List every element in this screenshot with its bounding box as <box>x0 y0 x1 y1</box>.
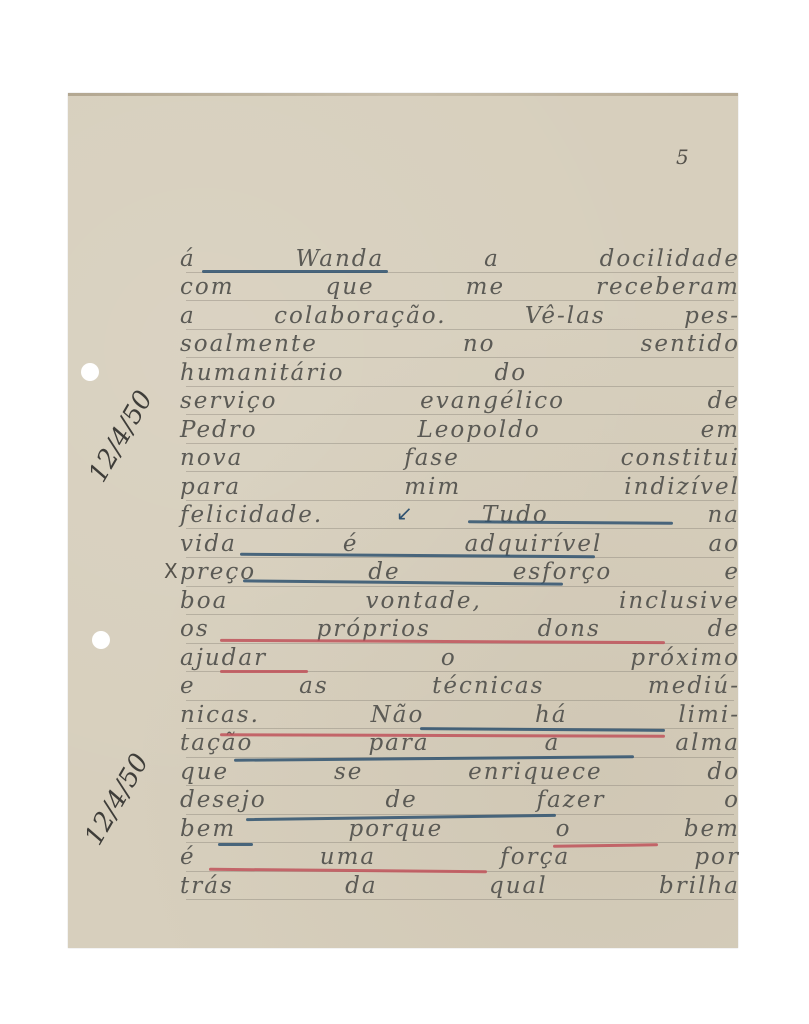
text-line-4: soalmente no sentido <box>180 329 740 357</box>
margin-date-1: 12/4/50 <box>83 386 159 488</box>
word: Tudo <box>482 502 549 528</box>
text-line-9: para mim indizível <box>180 472 740 500</box>
word: da <box>345 873 377 899</box>
margin-date-2: 12/4/50 <box>79 749 155 851</box>
word: alma <box>675 730 740 756</box>
word: de <box>708 616 740 642</box>
text-line-18: tação para a alma <box>180 728 740 756</box>
word: mim <box>404 474 461 500</box>
word: o <box>724 787 740 813</box>
word: no <box>463 331 496 357</box>
word: brilha <box>659 873 740 899</box>
page-edge <box>68 93 738 96</box>
word: os <box>180 616 210 642</box>
word: indizível <box>624 474 740 500</box>
word: as <box>299 673 329 699</box>
word: o <box>441 645 457 671</box>
word: adquirível <box>465 531 603 557</box>
word: em <box>701 417 740 443</box>
word: por <box>694 844 740 870</box>
word: Vê-las <box>525 303 606 329</box>
word: se <box>334 759 363 785</box>
word: e <box>180 673 196 699</box>
word: felicidade. <box>180 502 323 528</box>
blue-underline-wanda <box>202 270 388 273</box>
word: docilidade <box>600 246 740 272</box>
word: ao <box>708 531 740 557</box>
word: Wanda <box>296 246 385 272</box>
word: trás <box>180 873 234 899</box>
word: dons <box>538 616 601 642</box>
word: uma <box>320 844 376 870</box>
word: limi- <box>678 702 740 728</box>
text-line-15: ajudar o próximo <box>180 643 740 671</box>
word: próximo <box>630 645 740 671</box>
word: enriquece <box>468 759 602 785</box>
word: fase <box>404 445 460 471</box>
punch-hole-top <box>81 363 99 381</box>
word: nicas. <box>180 702 260 728</box>
blue-arrow-mark-icon: ↙ <box>396 501 413 525</box>
word: é <box>180 844 196 870</box>
punch-hole-bottom <box>92 631 110 649</box>
text-line-3: a colaboração. Vê-las pes- <box>180 301 740 329</box>
blue-underline-bem-short <box>218 843 253 846</box>
text-line-7: Pedro Leopoldo em <box>180 415 740 443</box>
word: e <box>724 559 740 585</box>
word: qual <box>489 873 548 899</box>
text-line-16: e as técnicas mediú- <box>180 671 740 699</box>
word: constitui <box>621 445 740 471</box>
word: vontade, <box>366 588 482 614</box>
word: que <box>326 274 375 300</box>
word: colaboração. <box>274 303 446 329</box>
word: há <box>535 702 568 728</box>
word: que <box>180 759 229 785</box>
word: me <box>466 274 505 300</box>
word: o <box>556 816 572 842</box>
margin-x-mark: X <box>164 559 178 583</box>
word: Leopoldo <box>417 417 540 443</box>
text-line-17: nicas. Não há limi- <box>180 700 740 728</box>
page-number: 5 <box>676 145 689 169</box>
word: vida <box>180 531 237 557</box>
word: evangélico <box>420 388 565 414</box>
word: ajudar <box>180 645 267 671</box>
word: soalmente <box>180 331 318 357</box>
word: de <box>385 787 417 813</box>
word: de <box>708 388 740 414</box>
word: na <box>707 502 740 528</box>
word: força <box>500 844 570 870</box>
text-line-5: humanitário do <box>180 358 740 386</box>
ruled-line <box>186 899 734 900</box>
word: á <box>180 246 196 272</box>
word: desejo <box>180 787 267 813</box>
word: a <box>484 246 500 272</box>
text-line-13: boa vontade, inclusive <box>180 586 740 614</box>
word: para <box>180 474 241 500</box>
word: porque <box>349 816 444 842</box>
text-line-14: os próprios dons de <box>180 614 740 642</box>
word: fazer <box>536 787 605 813</box>
word: com <box>180 274 235 300</box>
word: serviço <box>180 388 278 414</box>
text-line-6: serviço evangélico de <box>180 386 740 414</box>
word: Pedro <box>180 417 258 443</box>
word: receberam <box>596 274 740 300</box>
text-line-8: nova fase constitui <box>180 443 740 471</box>
word: Não <box>371 702 425 728</box>
word: inclusive <box>619 588 740 614</box>
word: boa <box>180 588 228 614</box>
word: pes- <box>684 303 740 329</box>
word: bem <box>180 816 236 842</box>
word: bem <box>684 816 740 842</box>
word: próprios <box>316 616 430 642</box>
red-underline-ajudar <box>220 670 308 673</box>
text-line-23: trás da qual brilha <box>180 871 740 899</box>
word: esforço <box>513 559 613 585</box>
word: sentido <box>641 331 740 357</box>
text-line-2: com que me receberam <box>180 272 740 300</box>
word: do <box>707 759 740 785</box>
word: técnicas <box>432 673 544 699</box>
word: nova <box>180 445 243 471</box>
text-line-1: á Wanda a docilidade <box>180 244 740 272</box>
word: humanitário <box>180 360 344 386</box>
text-line-20: desejo de fazer o <box>180 785 740 813</box>
word: mediú- <box>648 673 740 699</box>
manuscript-page: 5 á Wanda a docilidade com que me recebe… <box>68 93 738 948</box>
word: do <box>494 360 527 386</box>
word: a <box>180 303 196 329</box>
